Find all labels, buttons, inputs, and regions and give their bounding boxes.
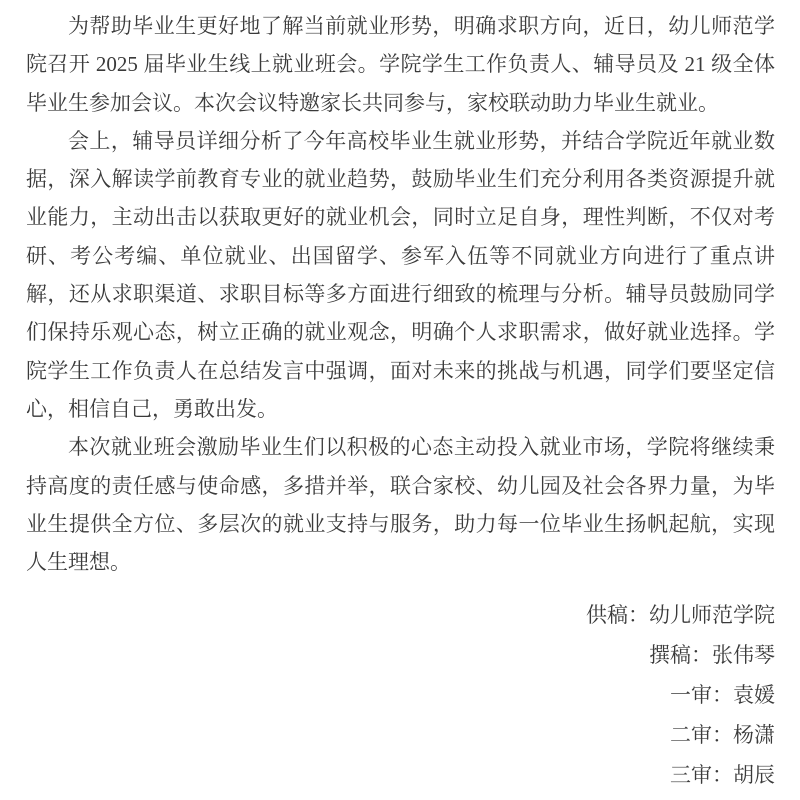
paragraph-intro: 为帮助毕业生更好地了解当前就业形势，明确求职方向，近日，幼儿师范学院召开 202… — [26, 7, 775, 122]
byline-second-review: 二审：杨潇 — [26, 715, 775, 755]
paragraph-meeting-details: 会上，辅导员详细分析了今年高校毕业生就业形势，并结合学院近年就业数据，深入解读学… — [26, 122, 775, 428]
byline-source: 供稿：幼儿师范学院 — [26, 595, 775, 635]
document-page: 为帮助毕业生更好地了解当前就业形势，明确求职方向，近日，幼儿师范学院召开 202… — [0, 0, 800, 800]
byline-first-review: 一审：袁媛 — [26, 675, 775, 715]
byline-author: 撰稿：张伟琴 — [26, 635, 775, 675]
byline-block: 供稿：幼儿师范学院 撰稿：张伟琴 一审：袁媛 二审：杨潇 三审：胡辰 — [26, 595, 775, 795]
paragraph-closing: 本次就业班会激励毕业生们以积极的心态主动投入就业市场，学院将继续秉持高度的责任感… — [26, 428, 775, 581]
byline-third-review: 三审：胡辰 — [26, 755, 775, 795]
